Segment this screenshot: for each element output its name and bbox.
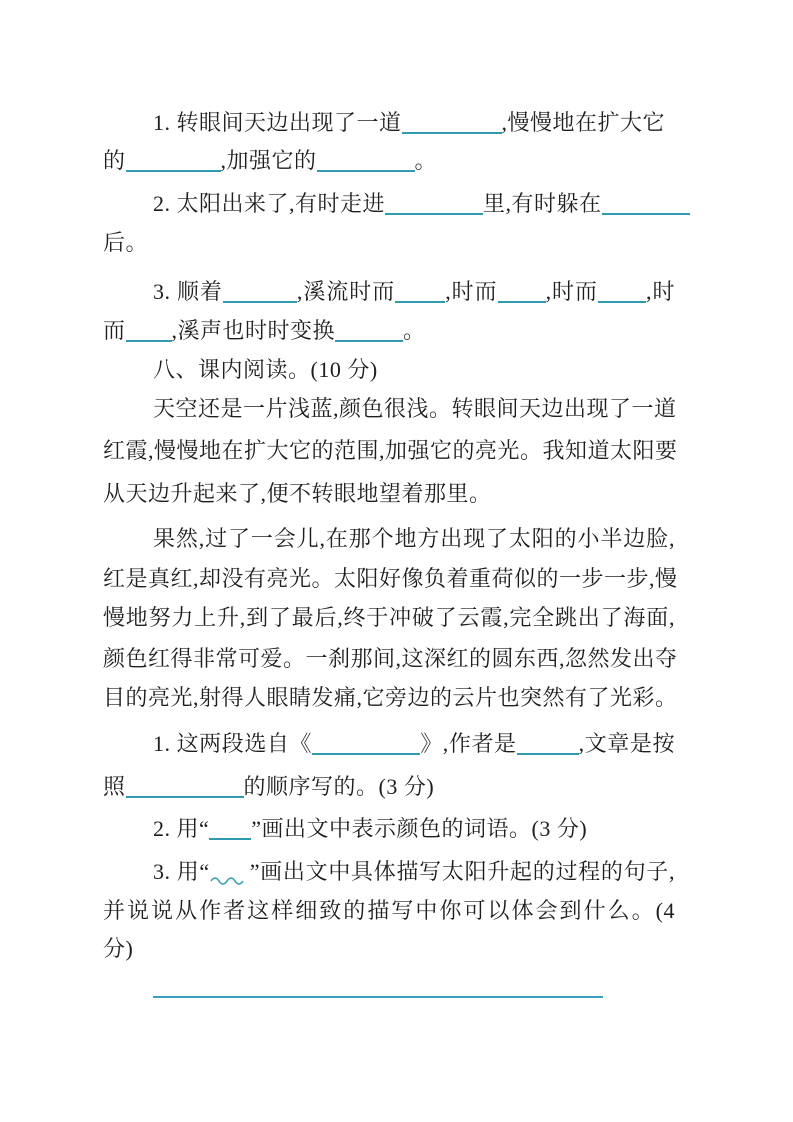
text-segment: ”画出文中表示颜色的词语。(3 分) (251, 816, 587, 841)
answer-line-22 (103, 972, 675, 1002)
wavy-blank-field (210, 875, 250, 885)
blank-field (395, 287, 445, 303)
text-segment: 天空还是一片浅蓝,颜色很浅。转眼间天边出现了一道 (153, 396, 677, 421)
blank-field (126, 782, 244, 798)
text-segment: ,溪声也时时变换 (172, 318, 336, 343)
answer-write-line (153, 982, 603, 998)
text-segment: 红霞,慢慢地在扩大它的范围,加强它的亮光。我知道太阳要 (103, 438, 678, 463)
text-segment: 果然,过了一会儿,在那个地方出现了太阳的小半边脸, (153, 526, 675, 551)
text-segment: 2. 用“ (153, 816, 209, 841)
text-segment: 3. 顺着 (153, 279, 223, 304)
blank-field (498, 287, 546, 303)
question-line-19: 3. 用“”画出文中具体描写太阳升起的过程的句子, (103, 857, 675, 887)
passage-line-8: 天空还是一片浅蓝,颜色很浅。转眼间天边出现了一道 (103, 394, 675, 424)
passage-line-9: 红霞,慢慢地在扩大它的范围,加强它的亮光。我知道太阳要 (103, 436, 675, 466)
blank-field (402, 118, 502, 134)
question-line-20: 并说说从作者这样细致的描写中你可以体会到什么。(4 (103, 896, 675, 926)
text-segment: 。 (403, 318, 426, 343)
question-line-2: 的,加强它的。 (103, 146, 675, 176)
blank-field (312, 739, 420, 755)
text-segment: 红是真红,却没有亮光。太阳好像负着重荷似的一步一步,慢 (103, 566, 678, 591)
text-segment: ,时而 (445, 279, 497, 304)
blank-field (126, 326, 172, 342)
text-segment: 里,有时躲在 (483, 191, 602, 216)
text-segment: 》,作者是 (420, 731, 517, 756)
question-line-6: 而,溪声也时时变换。 (103, 316, 675, 346)
text-segment: 1. 转眼间天边出现了一道 (153, 110, 402, 135)
text-segment: 颜色红得非常可爱。一刹那间,这深红的圆东西,忽然发出夺 (103, 646, 678, 671)
question-line-21: 分) (103, 934, 675, 964)
text-segment: ,溪流时而 (297, 279, 395, 304)
text-segment: 八、课内阅读。(10 分) (153, 357, 378, 382)
passage-line-14: 颜色红得非常可爱。一刹那间,这深红的圆东西,忽然发出夺 (103, 644, 675, 674)
question-line-4: 后。 (103, 228, 675, 258)
blank-field (223, 287, 297, 303)
text-segment: ,加强它的 (221, 148, 317, 173)
blank-field (335, 326, 403, 342)
text-segment: 目的亮光,射得人眼睛发痛,它旁边的云片也突然有了光彩。 (103, 685, 678, 710)
text-segment: 的 (103, 148, 126, 173)
question-line-16: 1. 这两段选自《》,作者是,文章是按 (103, 729, 675, 759)
passage-line-10: 从天边升起来了,便不转眼地望着那里。 (103, 479, 675, 509)
text-segment: ,慢慢地在扩大它 (502, 110, 666, 135)
section-heading-7: 八、课内阅读。(10 分) (103, 355, 675, 385)
text-segment: 分) (103, 936, 133, 961)
text-segment: 3. 用“ (153, 859, 210, 884)
text-segment: 并说说从作者这样细致的描写中你可以体会到什么。(4 (103, 898, 675, 923)
text-segment: ,时 (646, 279, 675, 304)
text-segment: 1. 这两段选自《 (153, 731, 312, 756)
text-segment: 慢地努力上升,到了最后,终于冲破了云霞,完全跳出了海面, (103, 605, 675, 630)
blank-field (209, 824, 251, 840)
text-segment: 从天边升起来了,便不转眼地望着那里。 (103, 481, 492, 506)
document-content: 1. 转眼间天边出现了一道,慢慢地在扩大它的,加强它的。2. 太阳出来了,有时走… (103, 0, 675, 1122)
text-segment: ”画出文中具体描写太阳升起的过程的句子, (250, 859, 675, 884)
question-line-1: 1. 转眼间天边出现了一道,慢慢地在扩大它 (103, 108, 675, 138)
text-segment: 。 (415, 148, 438, 173)
passage-line-11: 果然,过了一会儿,在那个地方出现了太阳的小半边脸, (103, 524, 675, 554)
question-line-3: 2. 太阳出来了,有时走进里,有时躲在 (103, 189, 675, 219)
passage-line-15: 目的亮光,射得人眼睛发痛,它旁边的云片也突然有了光彩。 (103, 683, 675, 713)
text-segment: ,文章是按 (579, 731, 675, 756)
question-line-17: 照的顺序写的。(3 分) (103, 772, 675, 802)
passage-line-13: 慢地努力上升,到了最后,终于冲破了云霞,完全跳出了海面, (103, 603, 675, 633)
worksheet-page: 1. 转眼间天边出现了一道,慢慢地在扩大它的,加强它的。2. 太阳出来了,有时走… (0, 0, 793, 1122)
text-segment: 后。 (103, 230, 148, 255)
passage-line-12: 红是真红,却没有亮光。太阳好像负着重荷似的一步一步,慢 (103, 564, 675, 594)
text-segment: 照 (103, 774, 126, 799)
blank-field (385, 199, 483, 215)
blank-field (317, 156, 415, 172)
question-line-5: 3. 顺着,溪流时而,时而,时而,时 (103, 277, 675, 307)
blank-field (126, 156, 221, 172)
question-line-18: 2. 用“”画出文中表示颜色的词语。(3 分) (103, 814, 675, 844)
text-segment: 的顺序写的。(3 分) (244, 774, 435, 799)
blank-field (598, 287, 646, 303)
text-segment: ,时而 (546, 279, 598, 304)
blank-field (517, 739, 579, 755)
text-segment: 而 (103, 318, 126, 343)
text-segment: 2. 太阳出来了,有时走进 (153, 191, 385, 216)
blank-field (602, 199, 690, 215)
